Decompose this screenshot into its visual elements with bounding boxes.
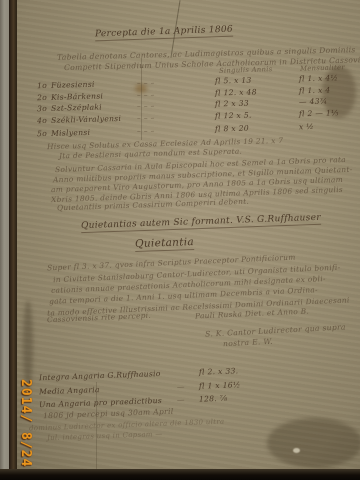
signature-line-1: S. K. Cantor Ludirector qua supra — [205, 322, 346, 338]
leader-dashes: – – – — [137, 90, 155, 99]
parish-name: Székli-Váralyensi — [51, 114, 121, 125]
account-amount: 128. ⅞ — [199, 394, 228, 404]
yearly-amount: fl 5. x 13 — [215, 76, 252, 86]
row-number: 3o — [37, 104, 47, 113]
signature-line-2: nostra E. W. — [223, 337, 273, 349]
account-label: Media Angaria — [39, 385, 100, 396]
row-number: 1o — [37, 81, 47, 90]
parish-name: Mislyensi — [51, 128, 90, 138]
quietantia-intro: Quietantias autem Sic formant. V.S. G.Ru… — [81, 213, 321, 233]
manuscript-photo: Percepta die 1a Aprilis 1806 Tabella den… — [0, 0, 360, 480]
pencil-note-1: dominus Ludirector ex officio altera die… — [29, 418, 225, 433]
monthly-amount: fl 1. x 4½ — [299, 73, 338, 83]
leader-dashes: – – – — [137, 78, 155, 87]
paper-speck — [293, 448, 300, 453]
row-number: 4o — [37, 116, 47, 125]
leader-dash: — — [177, 395, 185, 404]
camera-timestamp: 2014/ 8/24 — [18, 379, 33, 467]
row-number: 2o — [37, 93, 47, 102]
account-label: Integra Angaria G.Ruffhausio — [39, 369, 161, 382]
column-header-monthly: Mensualiter — [300, 63, 345, 73]
manuscript-page: Percepta die 1a Aprilis 1806 Tabella den… — [17, 0, 360, 471]
yearly-amount: fl 12 x 5. — [215, 111, 252, 121]
account-amount: fl 1 x 16½ — [199, 380, 241, 390]
leader-dash: — — [177, 382, 185, 391]
desk-edge — [0, 469, 360, 480]
heading-date: Percepta die 1a Aprilis 1806 — [95, 25, 233, 42]
yearly-amount: fl 2 x 33 — [215, 99, 249, 109]
monthly-amount: x ½ — [299, 122, 314, 131]
parish-name: Kis-Bárkensi — [51, 91, 103, 101]
monthly-amount: fl 1. x 4 — [299, 86, 331, 96]
edge-shadow — [23, 300, 33, 390]
monthly-amount: — 43¾ — [299, 97, 328, 107]
parish-name: Füzesiensi — [51, 80, 95, 90]
row-number: 5o — [37, 129, 47, 138]
yearly-amount: fl 8 x 20 — [215, 124, 249, 134]
yearly-amount: fl 12. x 48 — [215, 87, 257, 97]
monthly-amount: fl 2 — 1⅓ — [299, 108, 339, 118]
account-amount: fl 2. x 33. — [199, 366, 239, 376]
quietantia-title: Quietantia — [135, 236, 194, 252]
parish-name: Szt-Széplaki — [51, 102, 102, 112]
leader-dashes: – – – — [137, 113, 155, 122]
pencil-note-2: Jul. integras usq in Capsam — — [47, 430, 163, 442]
column-header-yearly: Singulis Annis — [219, 65, 273, 75]
leader-dashes: – – – — [137, 101, 155, 110]
corner-shadow — [267, 418, 360, 468]
leader-dashes: – – – — [137, 126, 155, 135]
